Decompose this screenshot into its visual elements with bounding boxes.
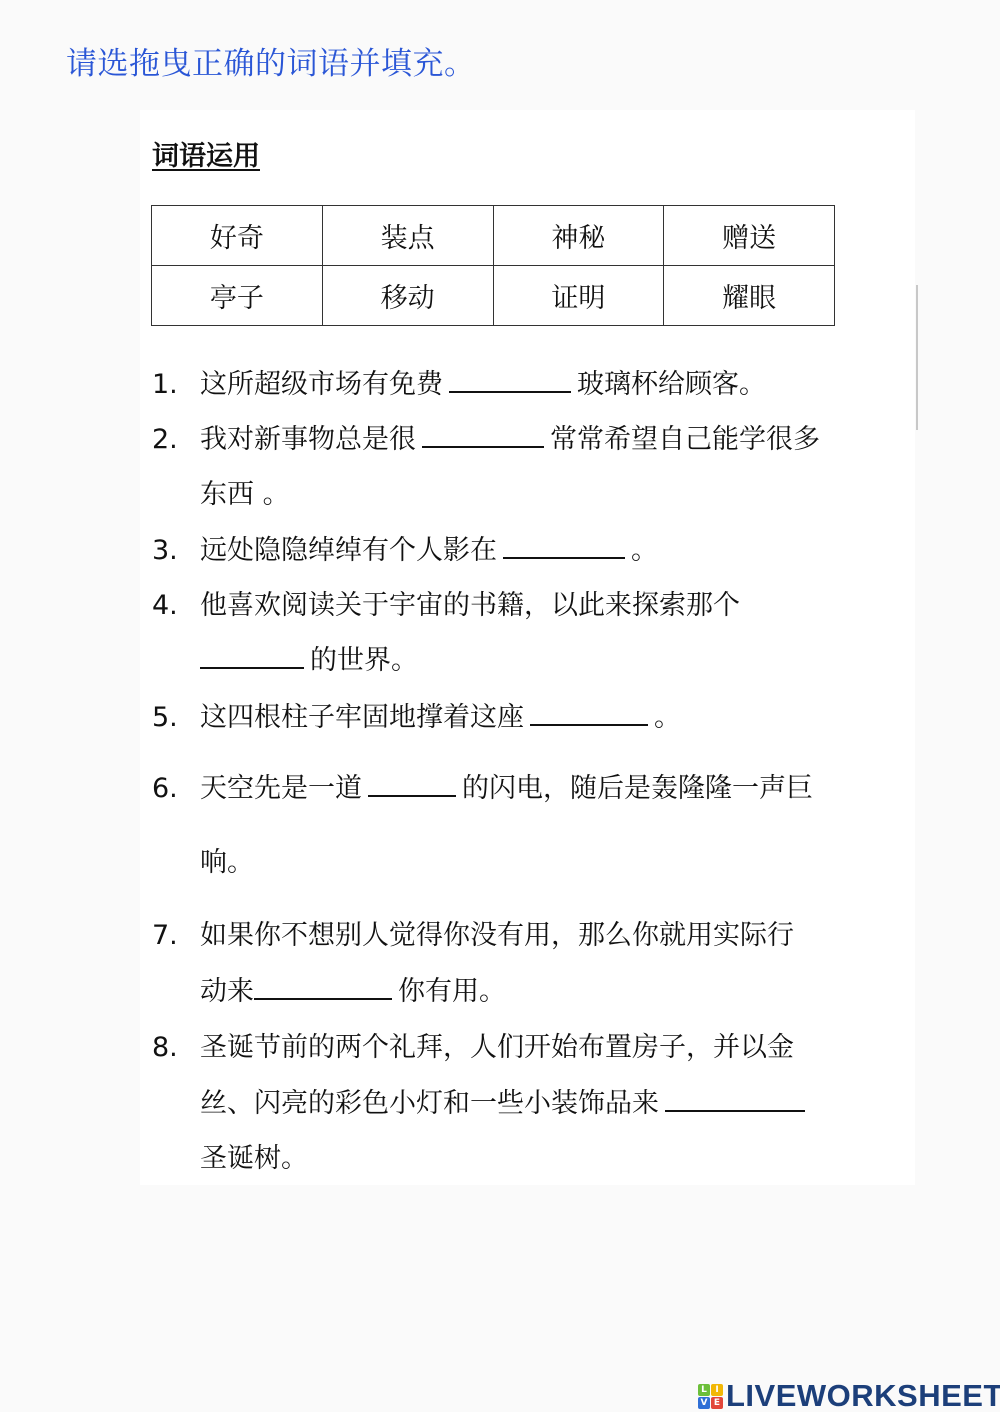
answer-blank-5[interactable] xyxy=(530,702,648,726)
question-text: 的世界。 xyxy=(310,645,418,676)
question-number: 2. xyxy=(152,424,200,455)
question-2: 2.我对新事物总是很常常希望自己能学很多 xyxy=(152,417,820,456)
word-bank-table: 好奇 装点 神秘 赠送 亭子 移动 证明 耀眼 xyxy=(151,205,835,326)
question-text: 天空先是一道 xyxy=(200,773,362,804)
word-bank-item[interactable]: 赠送 xyxy=(664,206,835,266)
question-text: 你有用。 xyxy=(398,976,506,1007)
word-bank-item[interactable]: 装点 xyxy=(322,206,493,266)
question-3: 3.远处隐隐绰绰有个人影在。 xyxy=(152,528,658,567)
question-number: 6. xyxy=(152,773,200,804)
answer-blank-2[interactable] xyxy=(422,424,544,448)
scrollbar[interactable] xyxy=(916,285,918,430)
question-7-line2: 动来你有用。 xyxy=(200,969,506,1008)
question-number: 1. xyxy=(152,369,200,400)
question-text: 圣诞节前的两个礼拜，人们开始布置房子，并以金 xyxy=(200,1032,794,1063)
tile-l: L xyxy=(698,1384,710,1396)
question-number: 5. xyxy=(152,702,200,733)
question-text: 玻璃杯给顾客。 xyxy=(577,369,766,400)
question-text: 我对新事物总是很 xyxy=(200,424,416,455)
question-text: 如果你不想别人觉得你没有用，那么你就用实际行 xyxy=(200,920,794,951)
question-6: 6.天空先是一道的闪电，随后是轰隆隆一声巨 xyxy=(152,766,813,805)
question-text: 。 xyxy=(631,535,658,566)
question-8: 8.圣诞节前的两个礼拜，人们开始布置房子，并以金 xyxy=(152,1025,794,1064)
word-bank-item[interactable]: 好奇 xyxy=(152,206,323,266)
answer-blank-1[interactable] xyxy=(449,369,571,393)
answer-blank-4[interactable] xyxy=(200,645,304,669)
question-4: 4.他喜欢阅读关于宇宙的书籍，以此来探索那个 xyxy=(152,583,740,622)
question-8-line2: 丝、闪亮的彩色小灯和一些小装饰品来 xyxy=(200,1081,811,1120)
tile-v: V xyxy=(698,1397,710,1409)
question-number: 3. xyxy=(152,535,200,566)
question-number: 4. xyxy=(152,590,200,621)
question-text: 。 xyxy=(654,702,681,733)
word-bank-item[interactable]: 移动 xyxy=(322,266,493,326)
word-bank-row: 好奇 装点 神秘 赠送 xyxy=(152,206,835,266)
worksheet-page: 词语运用 好奇 装点 神秘 赠送 亭子 移动 证明 耀眼 1.这所超级市场有免费… xyxy=(140,110,915,1185)
answer-blank-6[interactable] xyxy=(368,773,456,797)
question-text: 丝、闪亮的彩色小灯和一些小装饰品来 xyxy=(200,1088,659,1119)
question-text: 响。 xyxy=(200,840,254,879)
answer-blank-7[interactable] xyxy=(254,976,392,1000)
question-text: 的闪电，随后是轰隆隆一声巨 xyxy=(462,773,813,804)
question-text: 这所超级市场有免费 xyxy=(200,369,443,400)
live-tiles-icon: L I V E xyxy=(698,1384,723,1409)
question-7: 7.如果你不想别人觉得你没有用，那么你就用实际行 xyxy=(152,913,794,952)
question-text: 他喜欢阅读关于宇宙的书籍，以此来探索那个 xyxy=(200,590,740,621)
question-text: 这四根柱子牢固地撑着这座 xyxy=(200,702,524,733)
answer-blank-8[interactable] xyxy=(665,1088,805,1112)
word-bank-item[interactable]: 神秘 xyxy=(493,206,664,266)
logo-text: LIVEWORKSHEETS xyxy=(726,1378,1000,1412)
section-title: 词语运用 xyxy=(152,134,260,173)
tile-i: I xyxy=(711,1384,723,1396)
answer-blank-3[interactable] xyxy=(503,535,625,559)
question-1: 1.这所超级市场有免费玻璃杯给顾客。 xyxy=(152,362,766,401)
word-bank-item[interactable]: 证明 xyxy=(493,266,664,326)
question-4-line2: 的世界。 xyxy=(200,638,418,677)
word-bank-row: 亭子 移动 证明 耀眼 xyxy=(152,266,835,326)
question-text: 圣诞树。 xyxy=(200,1136,308,1175)
word-bank-item[interactable]: 亭子 xyxy=(152,266,323,326)
question-text: 动来 xyxy=(200,976,254,1007)
instruction-text: 请选拖曳正确的词语并填充。 xyxy=(66,38,476,83)
liveworksheets-logo: L I V E LIVEWORKSHEETS xyxy=(698,1378,1000,1412)
question-text: 远处隐隐绰绰有个人影在 xyxy=(200,535,497,566)
question-number: 8. xyxy=(152,1032,200,1063)
question-number: 7. xyxy=(152,920,200,951)
question-5: 5.这四根柱子牢固地撑着这座。 xyxy=(152,695,681,734)
tile-e: E xyxy=(711,1397,723,1409)
word-bank-item[interactable]: 耀眼 xyxy=(664,266,835,326)
question-text: 东西 。 xyxy=(200,472,290,511)
question-text: 常常希望自己能学很多 xyxy=(550,424,820,455)
